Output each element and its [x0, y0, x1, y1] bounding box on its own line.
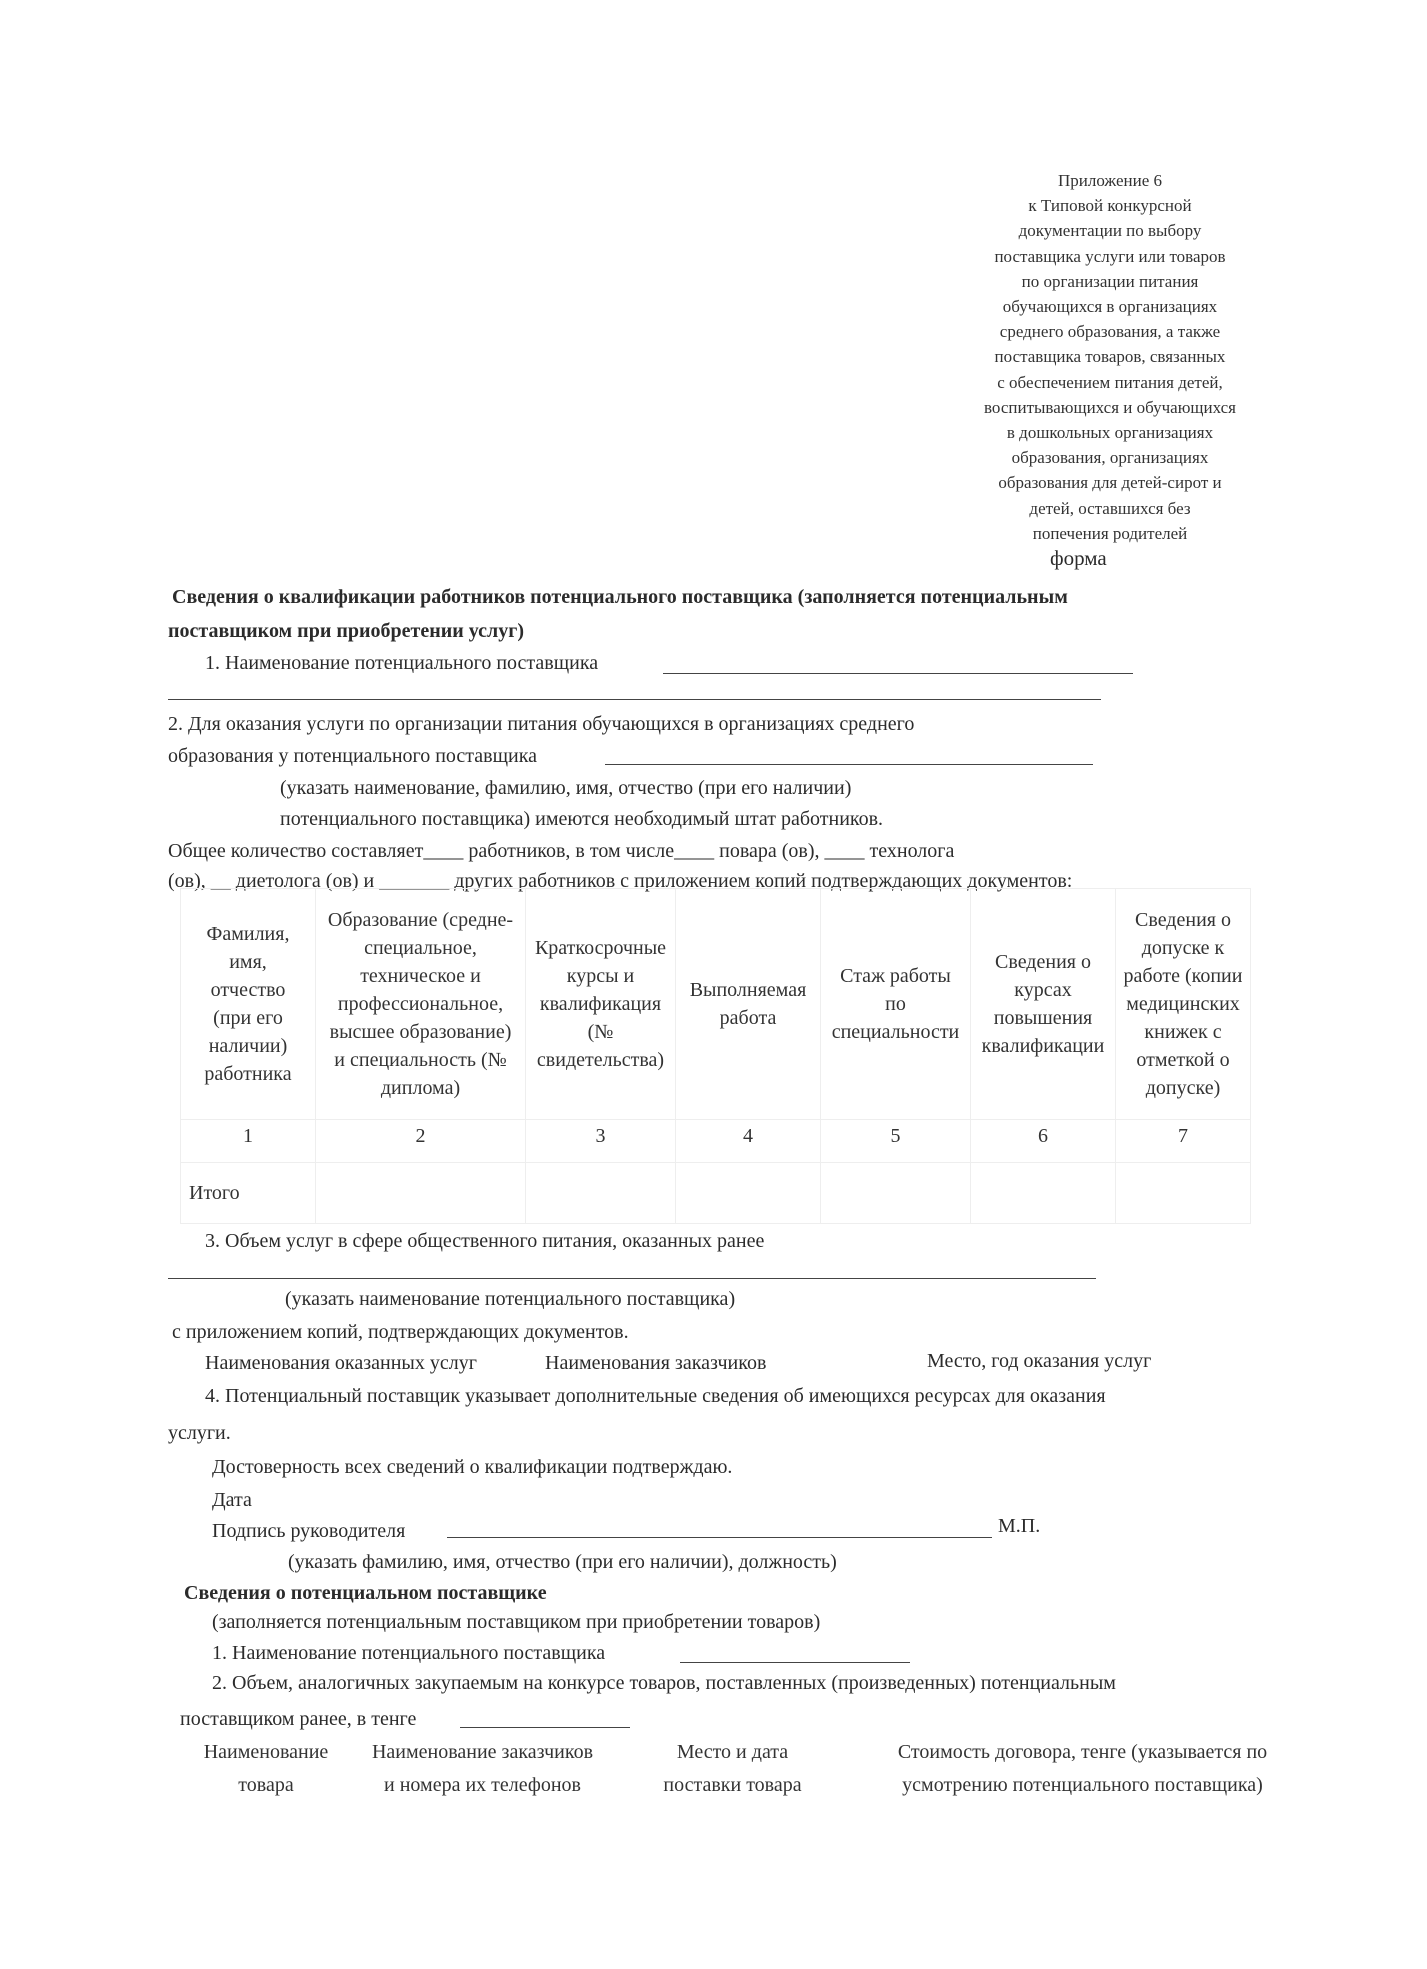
table-column-number: 5 [821, 1120, 971, 1163]
section2-item2-line2: поставщиком ранее, в тенге [180, 1708, 416, 1731]
table-column-number: 7 [1116, 1120, 1251, 1163]
goods-col-contract-value: Стоимость договора, тенге (указывается п… [855, 1736, 1310, 1802]
goods-col-place-date: Место и датапоставки товара [640, 1736, 825, 1802]
services-col-3: Место, год оказания услуг [927, 1350, 1151, 1373]
total-cell[interactable] [316, 1163, 526, 1224]
item2-note2: потенциального поставщика) имеются необх… [280, 808, 883, 831]
appendix-line: попечения родителей [930, 521, 1290, 546]
item2-line2: образования у потенциального поставщика [168, 745, 537, 768]
appendix-line: воспитывающихся и обучающихся [930, 395, 1290, 420]
table-header-col-7: Сведения одопуске кработе (копиимедицинс… [1116, 889, 1251, 1120]
appendix-line: детей, оставшихся без [930, 496, 1290, 521]
table-column-number: 6 [971, 1120, 1116, 1163]
section2-item2-line1: 2. Объем, аналогичных закупаемым на конк… [212, 1672, 1116, 1695]
table-column-number: 3 [526, 1120, 676, 1163]
total-label: Итого [181, 1163, 316, 1224]
supplier-details-field[interactable] [605, 764, 1093, 765]
total-cell[interactable] [676, 1163, 821, 1224]
table-header-col-3: Краткосрочныекурсы иквалификация(№свидет… [526, 889, 676, 1120]
appendix-line: поставщика товаров, связанных [930, 344, 1290, 369]
total-cell[interactable] [1116, 1163, 1251, 1224]
section1-title-line1: Сведения о квалификации работников потен… [172, 586, 1068, 609]
section2-volume-field[interactable] [460, 1727, 630, 1728]
goods-col-customers: Наименование заказчикови номера их телеф… [345, 1736, 620, 1802]
item3-field[interactable] [168, 1278, 1096, 1279]
appendix-line: с обеспечением питания детей, [930, 370, 1290, 395]
date-label: Дата [212, 1489, 252, 1512]
table-header-col-6: Сведения окурсахповышенияквалификации [971, 889, 1116, 1120]
qualifications-table: Фамилия,имя,отчество(при егоналичии)рабо… [180, 888, 1251, 1224]
table-header-col-5: Стаж работыпоспециальности [821, 889, 971, 1120]
table-column-number: 1 [181, 1120, 316, 1163]
appendix-line: поставщика услуги или товаров [930, 244, 1290, 269]
appendix-line: документации по выбору [930, 218, 1290, 243]
section1-title-line2: поставщиком при приобретении услуг) [168, 620, 524, 643]
signature-note: (указать фамилию, имя, отчество (при его… [288, 1551, 837, 1574]
supplier-name-label: 1. Наименование потенциального поставщик… [205, 652, 598, 675]
appendix-line: обучающихся в организациях [930, 294, 1290, 319]
services-col-1: Наименования оказанных услуг [205, 1352, 477, 1375]
staff-count-line1: Общее количество составляет____ работник… [168, 840, 954, 863]
stamp-label: М.П. [998, 1515, 1040, 1538]
table-header-row: Фамилия,имя,отчество(при егоналичии)рабо… [181, 889, 1251, 1120]
item3-label: 3. Объем услуг в сфере общественного пит… [205, 1230, 764, 1253]
table-column-numbers-row: 1234567 [181, 1120, 1251, 1163]
appendix-line: по организации питания [930, 269, 1290, 294]
table-header-col-2: Образование (средне-специальное,техничес… [316, 889, 526, 1120]
section2-subtitle: (заполняется потенциальным поставщиком п… [212, 1611, 820, 1634]
item4-line1: 4. Потенциальный поставщик указывает доп… [205, 1385, 1106, 1408]
appendix-line: в дошкольных организациях [930, 420, 1290, 445]
section2-item1: 1. Наименование потенциального поставщик… [212, 1642, 605, 1665]
services-col-2: Наименования заказчиков [545, 1352, 766, 1375]
form-label: форма [1050, 546, 1107, 571]
signature-field[interactable] [447, 1537, 992, 1538]
table-header-col-1: Фамилия,имя,отчество(при егоналичии)рабо… [181, 889, 316, 1120]
supplier-name-field[interactable] [663, 673, 1133, 674]
appendix-line: образования для детей-сирот и [930, 470, 1290, 495]
item2-line1: 2. Для оказания услуги по организации пи… [168, 713, 914, 736]
item3-note: (указать наименование потенциального пос… [285, 1288, 735, 1311]
section2-supplier-name-field[interactable] [680, 1662, 910, 1663]
total-cell[interactable] [526, 1163, 676, 1224]
total-cell[interactable] [821, 1163, 971, 1224]
item4-line2: услуги. [168, 1422, 231, 1445]
confirm-text: Достоверность всех сведений о квалификац… [212, 1456, 732, 1479]
appendix-header: Приложение 6к Типовой конкурснойдокумент… [930, 168, 1290, 546]
appendix-line: к Типовой конкурсной [930, 193, 1290, 218]
table-column-number: 2 [316, 1120, 526, 1163]
supplier-name-field-continued[interactable] [168, 699, 1101, 700]
item2-note1: (указать наименование, фамилию, имя, отч… [280, 777, 851, 800]
section2-title: Сведения о потенциальном поставщике [184, 1582, 547, 1605]
table-column-number: 4 [676, 1120, 821, 1163]
appendix-line: образования, организациях [930, 445, 1290, 470]
signature-label: Подпись руководителя [212, 1520, 405, 1543]
appendix-line: Приложение 6 [930, 168, 1290, 193]
table-header-col-4: Выполняемаяработа [676, 889, 821, 1120]
total-cell[interactable] [971, 1163, 1116, 1224]
goods-col-name: Наименованиетовара [190, 1736, 342, 1802]
table-total-row: Итого [181, 1163, 1251, 1224]
item3-attach: с приложением копий, подтверждающих доку… [172, 1321, 629, 1344]
appendix-line: среднего образования, а также [930, 319, 1290, 344]
